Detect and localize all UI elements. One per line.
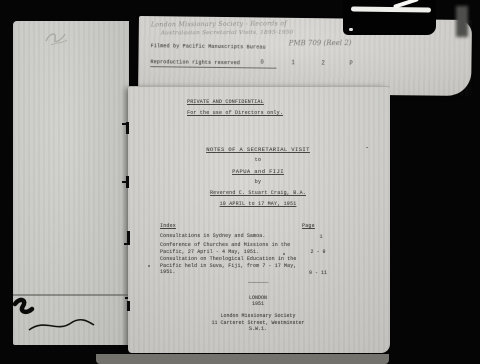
- film-clip: [343, 0, 436, 35]
- index-row-text: Conference of Churches and Missions in t…: [160, 242, 300, 255]
- imprint-year: 1951: [158, 301, 358, 307]
- index-row-text: Consultations in Sydney and Samoa.: [160, 233, 306, 240]
- staple-mark: [122, 120, 132, 136]
- pencil-scribble-mark: [43, 25, 73, 49]
- index-row-page: 2 - 9: [300, 249, 336, 255]
- staple-mark: [122, 174, 132, 190]
- index-row-page: 9 - 11: [300, 270, 336, 276]
- imprint-block: LONDON 1951 London Missionary Society 11…: [158, 295, 358, 332]
- imprint-postcode: S.W.1.: [158, 326, 358, 332]
- dust-speck: [366, 147, 368, 148]
- pmb-reel-reference: PMB 709 (Reel 2): [289, 39, 352, 47]
- report-subject: PAPUA and FIJI: [158, 166, 358, 177]
- index-row-text: Consultation on Theological Education in…: [160, 256, 300, 276]
- calibration-mark-2: 2: [321, 59, 324, 67]
- separator-rule: ________: [158, 278, 358, 284]
- index-heading: Index: [160, 223, 176, 229]
- report-by-word: by: [158, 177, 358, 188]
- dust-speck: [283, 253, 285, 255]
- handwritten-collection-line1: London Missionary Society - Records of: [151, 20, 287, 28]
- report-cover-page: PRIVATE AND CONFIDENTIAL For the use of …: [128, 86, 390, 353]
- index-row: Consultation on Theological Education in…: [160, 256, 336, 276]
- index-row-page: 1: [306, 234, 336, 240]
- microfilm-frame: London Missionary Society - Records of A…: [0, 0, 480, 364]
- index-row: Conference of Churches and Missions in t…: [160, 242, 336, 255]
- dust-speck: [148, 265, 150, 267]
- calibration-mark-0: 0: [260, 58, 263, 66]
- report-date-range: 10 APRIL to 17 MAY, 1951: [158, 199, 358, 210]
- report-title: NOTES OF A SECRETARIAL VISIT: [158, 144, 358, 155]
- staple-mark: [123, 297, 133, 313]
- index-row: Consultations in Sydney and Samoa. 1: [160, 233, 336, 240]
- squiggle-mark: [27, 314, 97, 336]
- private-confidential-line: PRIVATE AND CONFIDENTIAL: [187, 99, 264, 105]
- handwritten-collection-line2: Australasian Secretarial Visits, 1895-19…: [161, 30, 294, 37]
- staple-mark: [123, 229, 133, 245]
- underlying-page-edge: [96, 354, 389, 364]
- film-edge-smudge: [456, 6, 468, 37]
- report-to-word: to: [158, 155, 358, 166]
- title-block: NOTES OF A SECRETARIAL VISIT to PAPUA an…: [158, 144, 358, 210]
- directors-only-line: For the use of Directors only.: [187, 110, 283, 116]
- filmed-by-line: Filmed by Pacific Manuscripts Bureau: [151, 43, 266, 50]
- calibration-mark-3: P: [349, 59, 352, 67]
- report-author: Reverend C. Stuart Craig, B.A.: [158, 188, 358, 199]
- page-heading: Page: [302, 223, 315, 229]
- left-blank-page: [13, 21, 129, 345]
- rights-reserved-line: Reproduction rights reserved: [150, 59, 276, 69]
- film-clip-highlight: [349, 28, 353, 31]
- calibration-mark-1: 1: [291, 58, 294, 66]
